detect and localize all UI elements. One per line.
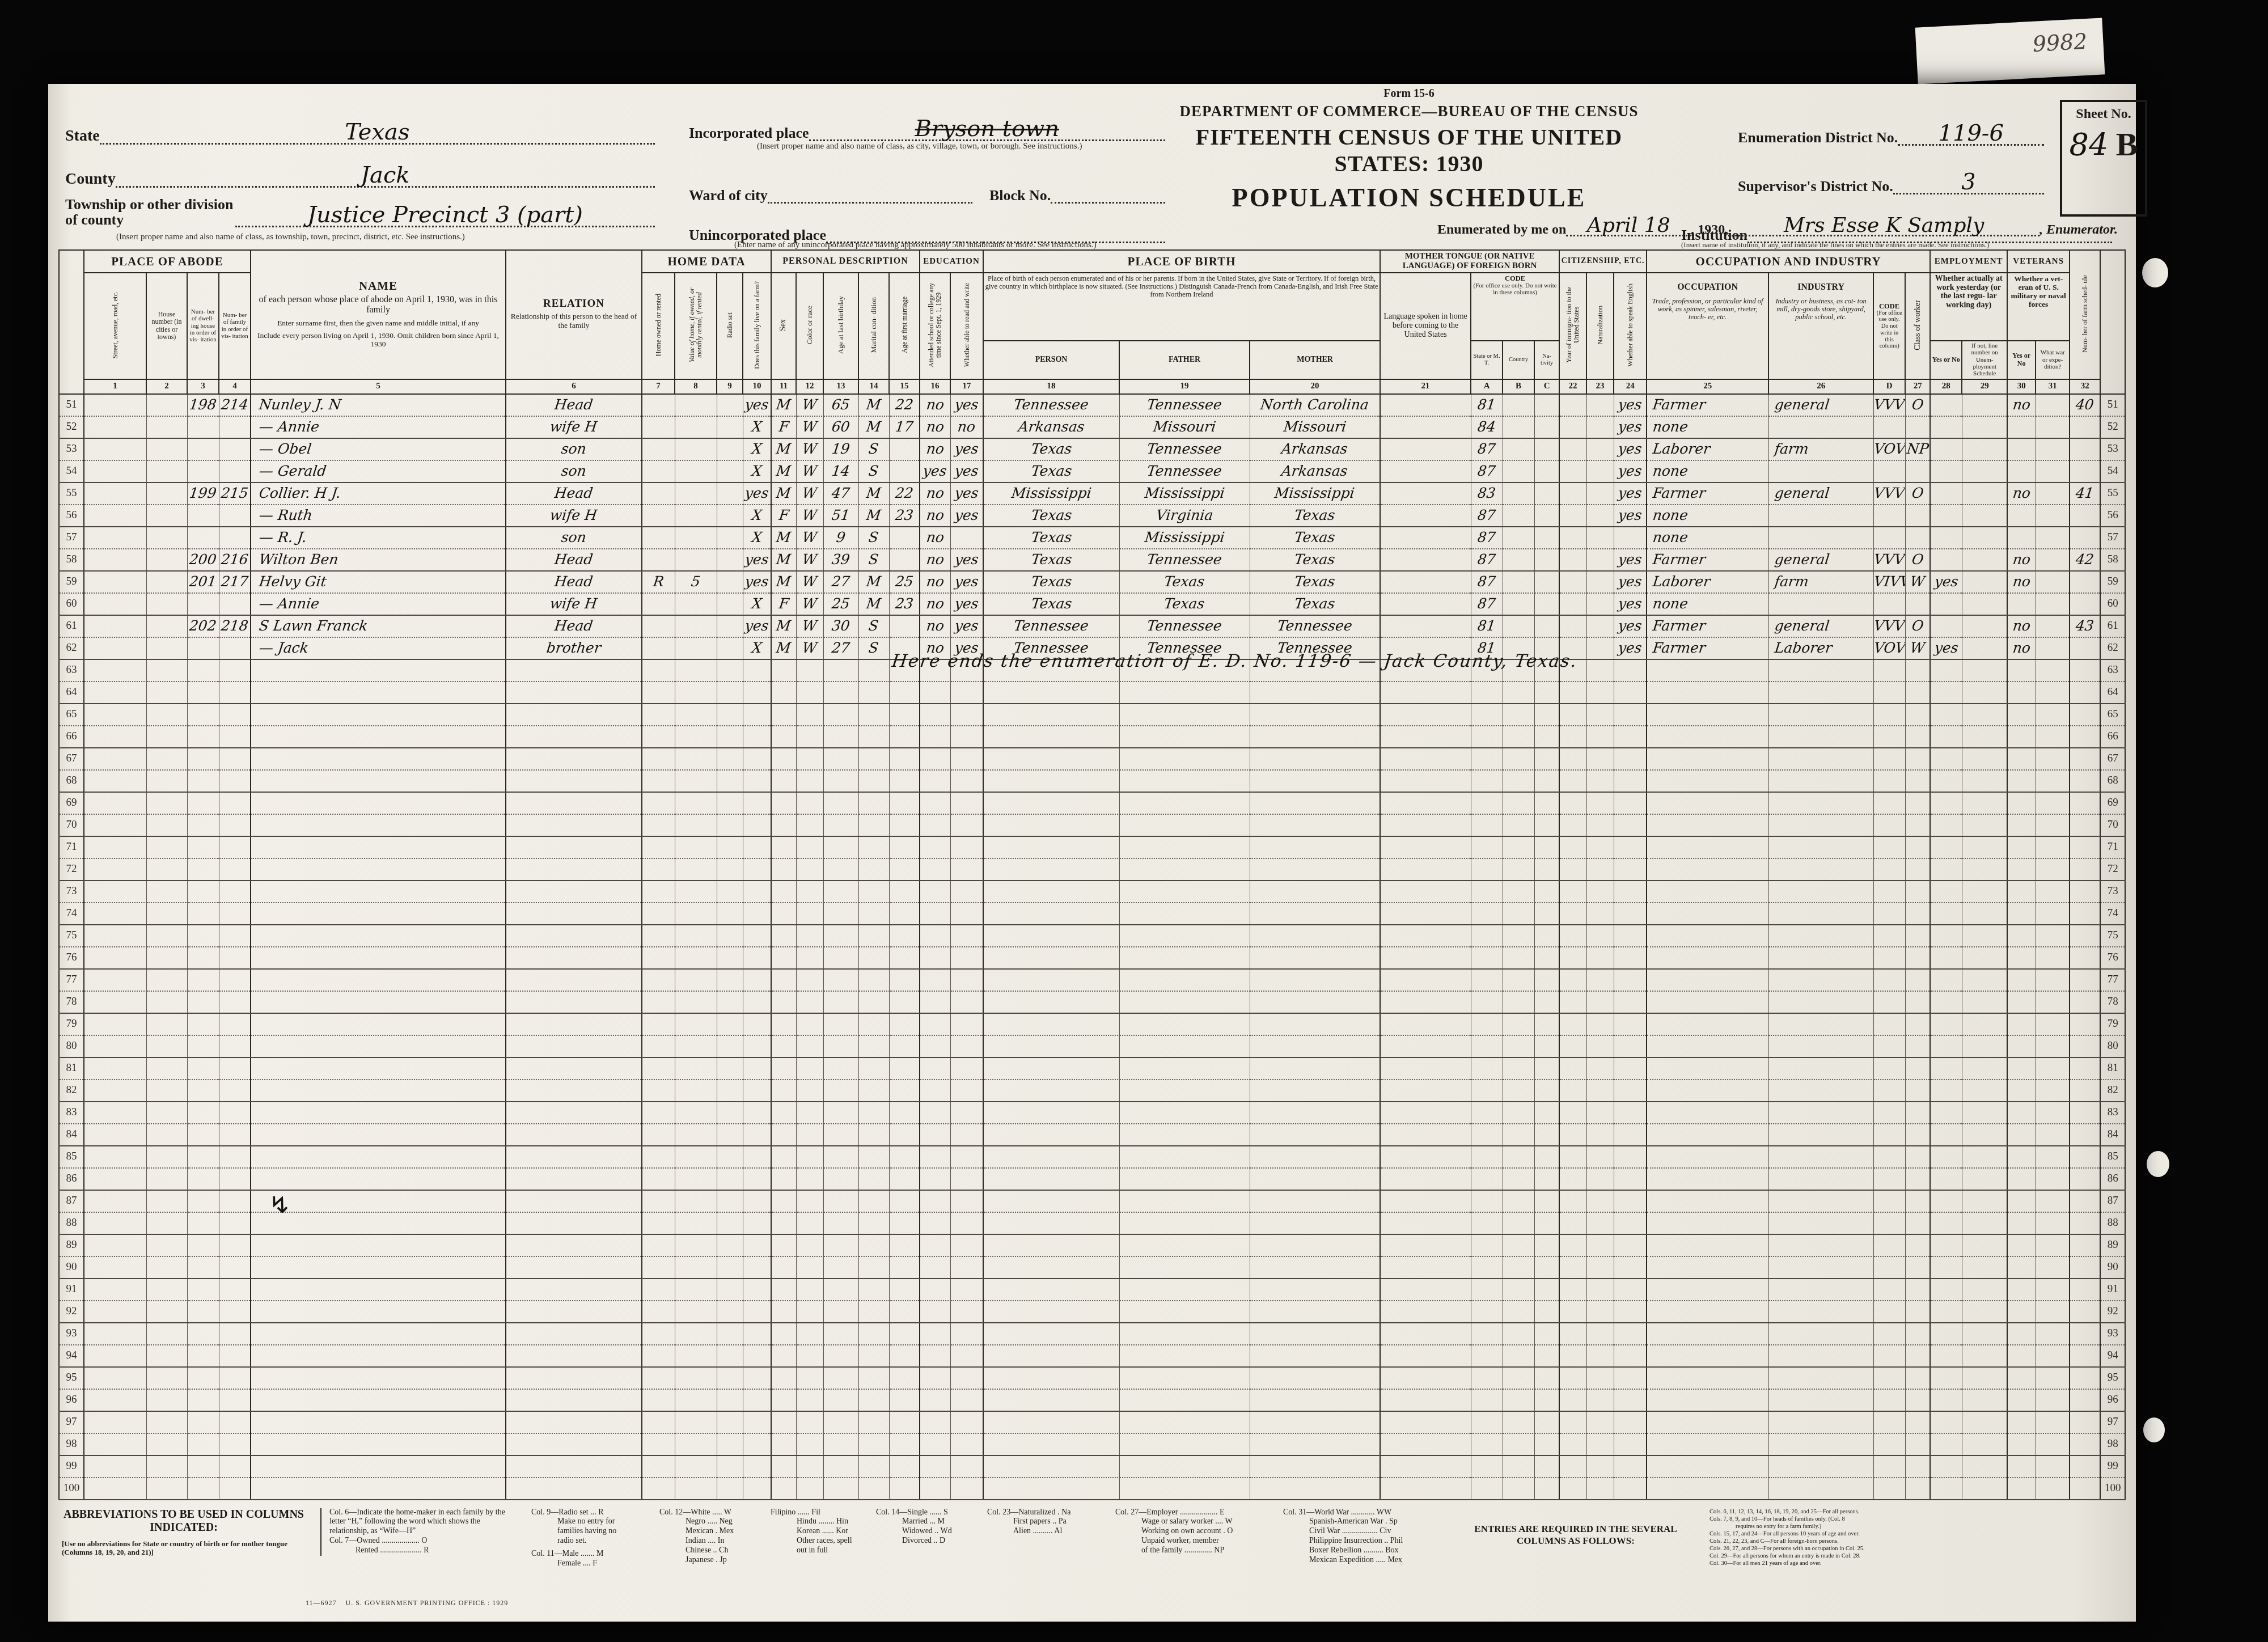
cell-race bbox=[796, 1102, 823, 1124]
group-occupation-industry: OCCUPATION AND INDUSTRY bbox=[1647, 250, 1930, 273]
cell-lang bbox=[1380, 549, 1471, 571]
cell-ind bbox=[1768, 1478, 1873, 1500]
cell-cb bbox=[1503, 394, 1534, 416]
cell-house bbox=[146, 836, 187, 858]
col-number-11: 11 bbox=[771, 379, 796, 394]
sheet-number-box: Sheet No. 84 B bbox=[2060, 100, 2147, 217]
cell-ca bbox=[1471, 1212, 1503, 1234]
cell-c23 bbox=[1586, 505, 1614, 527]
cell-marital: S bbox=[858, 615, 889, 637]
cell-name bbox=[251, 1323, 506, 1345]
cell-c24: yes bbox=[1614, 593, 1647, 615]
cell-cb bbox=[1503, 1057, 1534, 1080]
cell-read bbox=[950, 1389, 983, 1411]
cell-c32 bbox=[2070, 1057, 2100, 1080]
enumeration-district-field: Enumeration District No. 119-6 bbox=[1738, 121, 2044, 146]
cell-cc bbox=[1534, 438, 1559, 460]
enumeration-district-line: 119-6 bbox=[1898, 121, 2044, 146]
cell-school bbox=[920, 1124, 950, 1146]
cell-occ: none bbox=[1647, 460, 1768, 483]
cell-c24 bbox=[1614, 792, 1647, 814]
cell-school bbox=[920, 1367, 950, 1389]
cell-c29 bbox=[1962, 770, 2007, 792]
cell-marital bbox=[858, 969, 889, 991]
cell-dwell bbox=[187, 1411, 219, 1433]
cell-occ bbox=[1647, 1190, 1768, 1212]
cell-cb bbox=[1503, 416, 1534, 438]
cell-c32: 42 bbox=[2070, 549, 2100, 571]
group-citizenship: CITIZENSHIP, ETC. bbox=[1559, 250, 1647, 273]
cell-occ: Laborer bbox=[1647, 571, 1768, 593]
cell-c24: yes bbox=[1614, 571, 1647, 593]
institution-caption: (Insert name of institution, if any, and… bbox=[1681, 240, 1989, 249]
cell-bp bbox=[983, 1455, 1119, 1478]
table-row: 9393 bbox=[59, 1323, 2125, 1345]
cell-c23 bbox=[1586, 858, 1614, 881]
state-line: Texas bbox=[100, 120, 655, 145]
cell-street bbox=[84, 394, 146, 416]
cell-school bbox=[920, 1080, 950, 1102]
cell-c29 bbox=[1962, 814, 2007, 836]
cell-read bbox=[950, 1057, 983, 1080]
cell-agem bbox=[889, 1168, 920, 1190]
abbr-col31-list: Col. 31—World War ............ WWSpanish… bbox=[1283, 1508, 1442, 1565]
cell-c31 bbox=[2036, 1433, 2070, 1455]
cell-bp bbox=[983, 1146, 1119, 1168]
table-row: 100100 bbox=[59, 1478, 2125, 1500]
cell-rel bbox=[506, 1057, 642, 1080]
cell-fam bbox=[219, 1013, 251, 1035]
cell-c32 bbox=[2070, 792, 2100, 814]
cell-sex bbox=[771, 704, 796, 726]
cell-fam bbox=[219, 814, 251, 836]
cell-farm bbox=[743, 770, 771, 792]
cell-ind bbox=[1768, 1057, 1873, 1080]
cell-ind bbox=[1768, 1035, 1873, 1057]
cell-c27 bbox=[1905, 1234, 1930, 1256]
cell-c23 bbox=[1586, 460, 1614, 483]
cell-cb bbox=[1503, 1256, 1534, 1279]
cell-cd bbox=[1873, 1080, 1905, 1102]
cell-radio bbox=[717, 726, 743, 748]
cell-bf bbox=[1119, 682, 1250, 704]
cell-marital bbox=[858, 1411, 889, 1433]
cell-sex: M bbox=[771, 394, 796, 416]
cell-fam bbox=[219, 881, 251, 903]
cell-marital: M bbox=[858, 505, 889, 527]
cell-c23 bbox=[1586, 1455, 1614, 1478]
cell-marital bbox=[858, 1057, 889, 1080]
cell-rel bbox=[506, 1212, 642, 1234]
cell-occ bbox=[1647, 1146, 1768, 1168]
unincorporated-field: Unincorporated place bbox=[689, 219, 1165, 243]
cell-age bbox=[823, 1411, 858, 1433]
cell-rel bbox=[506, 1367, 642, 1389]
cell-c27 bbox=[1905, 1013, 1930, 1035]
cell-value bbox=[675, 1124, 717, 1146]
cell-name: — Annie bbox=[251, 416, 506, 438]
cell-fam bbox=[219, 1478, 251, 1500]
line-number-right: 98 bbox=[2100, 1433, 2125, 1455]
cell-cb bbox=[1503, 615, 1534, 637]
cell-c31 bbox=[2036, 1234, 2070, 1256]
cell-occ bbox=[1647, 1389, 1768, 1411]
cell-marital bbox=[858, 836, 889, 858]
cell-fam bbox=[219, 1345, 251, 1367]
cell-farm bbox=[743, 792, 771, 814]
cell-c23 bbox=[1586, 1234, 1614, 1256]
cell-cc bbox=[1534, 1080, 1559, 1102]
line-number-right: 71 bbox=[2100, 836, 2125, 858]
cell-dwell: 199 bbox=[187, 483, 219, 505]
abbr-col12b-list: Filipino ...... FilHindu ........ HinKor… bbox=[771, 1508, 861, 1556]
cell-race bbox=[796, 858, 823, 881]
cell-c28 bbox=[1930, 1279, 1962, 1301]
cell-agem bbox=[889, 1080, 920, 1102]
cell-cc bbox=[1534, 814, 1559, 836]
footer-abbreviations: ABBREVIATIONS TO BE USED IN COLUMNS INDI… bbox=[62, 1508, 2122, 1569]
cell-c32 bbox=[2070, 1389, 2100, 1411]
cell-c27: O bbox=[1905, 394, 1930, 416]
cell-c31 bbox=[2036, 1301, 2070, 1323]
line-number-right: 82 bbox=[2100, 1080, 2125, 1102]
cell-cc bbox=[1534, 505, 1559, 527]
cell-dwell bbox=[187, 748, 219, 770]
cell-c32 bbox=[2070, 925, 2100, 947]
cell-bf bbox=[1119, 1301, 1250, 1323]
cell-c29 bbox=[1962, 571, 2007, 593]
cell-c27: O bbox=[1905, 549, 1930, 571]
cell-c32 bbox=[2070, 1146, 2100, 1168]
cell-c28 bbox=[1930, 438, 1962, 460]
cell-cd bbox=[1873, 836, 1905, 858]
cell-house bbox=[146, 527, 187, 549]
cell-c28 bbox=[1930, 1323, 1962, 1345]
cell-c28 bbox=[1930, 682, 1962, 704]
cell-c31 bbox=[2036, 1323, 2070, 1345]
line-number-left: 70 bbox=[59, 814, 84, 836]
cell-ca bbox=[1471, 682, 1503, 704]
cell-name bbox=[251, 682, 506, 704]
cell-marital bbox=[858, 1301, 889, 1323]
cell-house bbox=[146, 1345, 187, 1367]
cell-own bbox=[642, 726, 675, 748]
cell-rel bbox=[506, 1279, 642, 1301]
line-number-left: 59 bbox=[59, 571, 84, 593]
incorporated-caption: (Insert proper name and also name of cla… bbox=[757, 142, 1082, 151]
cell-cb bbox=[1503, 947, 1534, 969]
line-number-left: 87 bbox=[59, 1190, 84, 1212]
line-number-left: 68 bbox=[59, 770, 84, 792]
cell-occ bbox=[1647, 1455, 1768, 1478]
cell-own bbox=[642, 947, 675, 969]
cell-c29 bbox=[1962, 1389, 2007, 1411]
cell-c27 bbox=[1905, 947, 1930, 969]
cell-rel bbox=[506, 1455, 642, 1478]
table-row: 6969 bbox=[59, 792, 2125, 814]
line-number-left: 91 bbox=[59, 1279, 84, 1301]
schedule-title: POPULATION SCHEDULE bbox=[1160, 183, 1658, 213]
cell-ca bbox=[1471, 1455, 1503, 1478]
cell-school bbox=[920, 903, 950, 925]
cell-c24 bbox=[1614, 1013, 1647, 1035]
group-personal-description: PERSONAL DESCRIPTION bbox=[771, 250, 920, 273]
col-language: Language spoken in home before coming to… bbox=[1380, 273, 1471, 379]
cell-age bbox=[823, 704, 858, 726]
line-number-right: 62 bbox=[2100, 637, 2125, 659]
cell-dwell bbox=[187, 726, 219, 748]
cell-bp bbox=[983, 969, 1119, 991]
cell-cc bbox=[1534, 925, 1559, 947]
cell-rel: Head bbox=[506, 394, 642, 416]
county-field: County Jack bbox=[65, 163, 655, 188]
cell-age bbox=[823, 1013, 858, 1035]
col-family-number: Num- ber of family in order of vis- itat… bbox=[219, 273, 251, 379]
cell-c22 bbox=[1559, 903, 1586, 925]
cell-age bbox=[823, 659, 858, 682]
cell-c30 bbox=[2007, 505, 2036, 527]
col-read-write: Whether able to read and write bbox=[950, 273, 983, 379]
cell-marital bbox=[858, 1102, 889, 1124]
cell-bf bbox=[1119, 947, 1250, 969]
cell-race: W bbox=[796, 505, 823, 527]
cell-agem bbox=[889, 858, 920, 881]
cell-c30: no bbox=[2007, 615, 2036, 637]
cell-house bbox=[146, 792, 187, 814]
cell-c32 bbox=[2070, 969, 2100, 991]
cell-ca bbox=[1471, 1190, 1503, 1212]
cell-c29 bbox=[1962, 505, 2007, 527]
cell-c29 bbox=[1962, 416, 2007, 438]
cell-own: R bbox=[642, 571, 675, 593]
cell-c23 bbox=[1586, 1124, 1614, 1146]
cell-cd bbox=[1873, 1433, 1905, 1455]
cell-agem bbox=[889, 1146, 920, 1168]
cell-dwell bbox=[187, 1057, 219, 1080]
table-row: 59201217Helvy GitHeadR5yesMW27M25noyesTe… bbox=[59, 571, 2125, 593]
cell-race bbox=[796, 1323, 823, 1345]
cell-bp bbox=[983, 1234, 1119, 1256]
cell-c28 bbox=[1930, 991, 1962, 1013]
cell-c22 bbox=[1559, 1323, 1586, 1345]
cell-marital bbox=[858, 1323, 889, 1345]
cell-ind bbox=[1768, 858, 1873, 881]
cell-value bbox=[675, 925, 717, 947]
cell-bp: Arkansas bbox=[983, 416, 1119, 438]
township-line: Justice Precinct 3 (part) bbox=[235, 203, 655, 227]
cell-c31 bbox=[2036, 1035, 2070, 1057]
cell-radio bbox=[717, 438, 743, 460]
table-row: 8181 bbox=[59, 1057, 2125, 1080]
cell-cc bbox=[1534, 682, 1559, 704]
cell-sex bbox=[771, 903, 796, 925]
cell-agem bbox=[889, 1256, 920, 1279]
cell-dwell bbox=[187, 1013, 219, 1035]
cell-c31 bbox=[2036, 1190, 2070, 1212]
cell-race bbox=[796, 881, 823, 903]
cell-c30 bbox=[2007, 1013, 2036, 1035]
cell-c32 bbox=[2070, 1367, 2100, 1389]
cell-radio bbox=[717, 1279, 743, 1301]
cell-c23 bbox=[1586, 593, 1614, 615]
cell-ca bbox=[1471, 1234, 1503, 1256]
cell-c32 bbox=[2070, 682, 2100, 704]
cell-sex: M bbox=[771, 483, 796, 505]
cell-own bbox=[642, 1323, 675, 1345]
cell-bm bbox=[1250, 1124, 1380, 1146]
cell-fam bbox=[219, 1323, 251, 1345]
cell-lang bbox=[1380, 1080, 1471, 1102]
cell-c24: yes bbox=[1614, 549, 1647, 571]
cell-bp bbox=[983, 858, 1119, 881]
cell-c32 bbox=[2070, 1323, 2100, 1345]
cell-fam bbox=[219, 726, 251, 748]
cell-c32 bbox=[2070, 1455, 2100, 1478]
cell-race bbox=[796, 1035, 823, 1057]
cell-c30 bbox=[2007, 858, 2036, 881]
cell-own bbox=[642, 1455, 675, 1478]
cell-marital bbox=[858, 659, 889, 682]
abbr-col14-list: Col. 14—Single ...... SMarried ... MWido… bbox=[876, 1508, 972, 1546]
cell-marital: M bbox=[858, 593, 889, 615]
cell-occ bbox=[1647, 682, 1768, 704]
cell-cc bbox=[1534, 1345, 1559, 1367]
cell-name bbox=[251, 1080, 506, 1102]
cell-c24 bbox=[1614, 527, 1647, 549]
cell-age bbox=[823, 1367, 858, 1389]
cell-agem bbox=[889, 1190, 920, 1212]
cell-bp bbox=[983, 792, 1119, 814]
cell-sex bbox=[771, 682, 796, 704]
cell-bf bbox=[1119, 1433, 1250, 1455]
line-number-right: 51 bbox=[2100, 394, 2125, 416]
cell-agem bbox=[889, 726, 920, 748]
cell-ca bbox=[1471, 748, 1503, 770]
cell-rel bbox=[506, 1080, 642, 1102]
cell-c32 bbox=[2070, 704, 2100, 726]
line-number-left: 57 bbox=[59, 527, 84, 549]
cell-marital bbox=[858, 1146, 889, 1168]
cell-read bbox=[950, 748, 983, 770]
line-number-right: 52 bbox=[2100, 416, 2125, 438]
enumerated-year: , 1930, bbox=[1691, 223, 1728, 236]
cell-own bbox=[642, 682, 675, 704]
cell-house bbox=[146, 770, 187, 792]
cell-bf bbox=[1119, 1168, 1250, 1190]
cell-name bbox=[251, 1301, 506, 1323]
cell-c23 bbox=[1586, 947, 1614, 969]
cell-c32 bbox=[2070, 1345, 2100, 1367]
cell-street bbox=[84, 1478, 146, 1500]
cell-farm bbox=[743, 1367, 771, 1389]
cell-c22 bbox=[1559, 1212, 1586, 1234]
cell-cc bbox=[1534, 1212, 1559, 1234]
cell-dwell: 202 bbox=[187, 615, 219, 637]
cell-c29 bbox=[1962, 1279, 2007, 1301]
line-number-left: 67 bbox=[59, 748, 84, 770]
cell-farm bbox=[743, 814, 771, 836]
cell-agem bbox=[889, 1301, 920, 1323]
cell-fam: 218 bbox=[219, 615, 251, 637]
cell-c22 bbox=[1559, 483, 1586, 505]
cell-own bbox=[642, 925, 675, 947]
cell-age: 14 bbox=[823, 460, 858, 483]
cell-c24 bbox=[1614, 1345, 1647, 1367]
cell-c30 bbox=[2007, 1411, 2036, 1433]
cell-read bbox=[950, 814, 983, 836]
cell-c31 bbox=[2036, 394, 2070, 416]
cell-agem bbox=[889, 1389, 920, 1411]
cell-value bbox=[675, 770, 717, 792]
cell-race bbox=[796, 991, 823, 1013]
cell-occ bbox=[1647, 1168, 1768, 1190]
cell-farm bbox=[743, 1146, 771, 1168]
cell-c28 bbox=[1930, 969, 1962, 991]
cell-c29 bbox=[1962, 1013, 2007, 1035]
cell-house bbox=[146, 1080, 187, 1102]
cell-c31 bbox=[2036, 1146, 2070, 1168]
cell-ind bbox=[1768, 1102, 1873, 1124]
cell-ca bbox=[1471, 814, 1503, 836]
cell-agem bbox=[889, 438, 920, 460]
incorporated-value: Bryson town bbox=[809, 116, 1165, 142]
cell-street bbox=[84, 1389, 146, 1411]
cell-bp bbox=[983, 1389, 1119, 1411]
cell-age bbox=[823, 814, 858, 836]
cell-sex bbox=[771, 969, 796, 991]
cell-c29 bbox=[1962, 748, 2007, 770]
cell-cb bbox=[1503, 1455, 1534, 1478]
cell-race bbox=[796, 1345, 823, 1367]
cell-name bbox=[251, 770, 506, 792]
cell-house bbox=[146, 1367, 187, 1389]
cell-sex: F bbox=[771, 505, 796, 527]
cell-rel bbox=[506, 925, 642, 947]
cell-c32 bbox=[2070, 1478, 2100, 1500]
col-number-18: 18 bbox=[983, 379, 1119, 394]
cell-bp bbox=[983, 1367, 1119, 1389]
cell-c30 bbox=[2007, 947, 2036, 969]
col-occupation-header: OCCUPATION Trade, profession, or particu… bbox=[1647, 273, 1768, 379]
cell-c22 bbox=[1559, 1345, 1586, 1367]
cell-c31 bbox=[2036, 1455, 2070, 1478]
cell-cd bbox=[1873, 593, 1905, 615]
cell-c30 bbox=[2007, 1057, 2036, 1080]
cell-lang bbox=[1380, 416, 1471, 438]
table-row: 9696 bbox=[59, 1389, 2125, 1411]
abbr-bracket: [Use no abbreviations for State or count… bbox=[62, 1540, 306, 1557]
cell-sex bbox=[771, 1389, 796, 1411]
cell-marital bbox=[858, 1168, 889, 1190]
cell-dwell bbox=[187, 1256, 219, 1279]
cell-c27 bbox=[1905, 1433, 1930, 1455]
cell-dwell bbox=[187, 881, 219, 903]
cell-radio bbox=[717, 1146, 743, 1168]
cell-cc bbox=[1534, 991, 1559, 1013]
block-field: Block No. bbox=[989, 179, 1165, 204]
cell-value bbox=[675, 704, 717, 726]
cell-age bbox=[823, 991, 858, 1013]
line-number-right: 80 bbox=[2100, 1035, 2125, 1057]
cell-c28 bbox=[1930, 704, 1962, 726]
cell-radio bbox=[717, 549, 743, 571]
cell-ind bbox=[1768, 947, 1873, 969]
cell-age bbox=[823, 1080, 858, 1102]
line-number-right: 89 bbox=[2100, 1234, 2125, 1256]
table-row: 52— Anniewife HXFW60M17nonoArkansasMisso… bbox=[59, 416, 2125, 438]
cell-bm: North Carolina bbox=[1250, 394, 1380, 416]
cell-age bbox=[823, 1478, 858, 1500]
